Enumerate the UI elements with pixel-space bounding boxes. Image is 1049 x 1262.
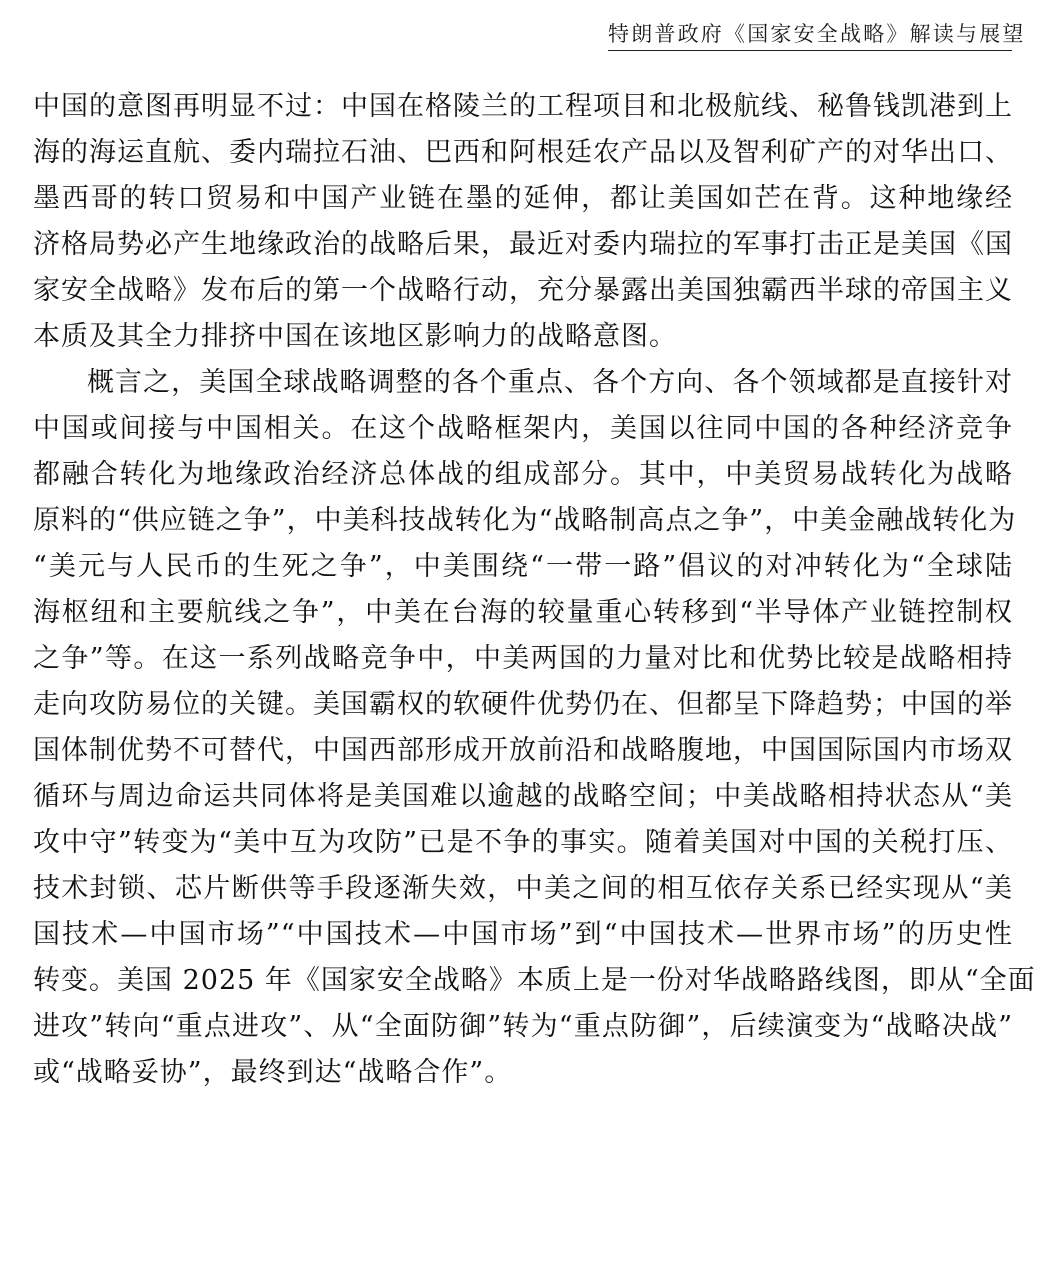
paragraph-1: 中国的意图再明显不过：中国在格陵兰的工程项目和北极航线、秘鲁钱凯港到上 海的海运… [33,84,1013,360]
text-line: 都融合转化为地缘政治经济总体战的组成部分。其中，中美贸易战转化为战略 [33,452,1013,498]
body-text: 中国的意图再明显不过：中国在格陵兰的工程项目和北极航线、秘鲁钱凯港到上 海的海运… [33,84,1013,1096]
text-line: 海的海运直航、委内瑞拉石油、巴西和阿根廷农产品以及智利矿产的对华出口、 [33,130,1013,176]
text-line: 走向攻防易位的关键。美国霸权的软硬件优势仍在、但都呈下降趋势；中国的举 [33,682,1013,728]
text-line: 国体制优势不可替代，中国西部形成开放前沿和战略腹地，中国国际国内市场双 [33,728,1013,774]
text-line: 家安全战略》发布后的第一个战略行动，充分暴露出美国独霸西半球的帝国主义 [33,268,1013,314]
text-line: 技术封锁、芯片断供等手段逐渐失效，中美之间的相互依存关系已经实现从“美 [33,866,1013,912]
text-line: 循环与周边命运共同体将是美国难以逾越的战略空间；中美战略相持状态从“美 [33,774,1013,820]
text-line: 或“战略妥协”，最终到达“战略合作”。 [33,1050,1013,1096]
text-line: 攻中守”转变为“美中互为攻防”已是不争的事实。随着美国对中国的关税打压、 [33,820,1013,866]
text-line: 海枢纽和主要航线之争”，中美在台海的较量重心转移到“半导体产业链控制权 [33,590,1013,636]
text-line: 墨西哥的转口贸易和中国产业链在墨的延伸，都让美国如芒在背。这种地缘经 [33,176,1013,222]
text-line: 中国或间接与中国相关。在这个战略框架内，美国以往同中国的各种经济竞争 [33,406,1013,452]
text-line: 国技术—中国市场”“中国技术—中国市场”到“中国技术—世界市场”的历史性 [33,912,1013,958]
text-line: 中国的意图再明显不过：中国在格陵兰的工程项目和北极航线、秘鲁钱凯港到上 [33,84,1013,130]
text-line: 本质及其全力排挤中国在该地区影响力的战略意图。 [33,314,1013,360]
text-line: 原料的“供应链之争”，中美科技战转化为“战略制高点之争”，中美金融战转化为 [33,498,1013,544]
paragraph-2: 概言之，美国全球战略调整的各个重点、各个方向、各个领域都是直接针对 中国或间接与… [33,360,1013,1096]
text-line: “美元与人民币的生死之争”，中美围绕“一带一路”倡议的对冲转化为“全球陆 [33,544,1013,590]
text-line: 概言之，美国全球战略调整的各个重点、各个方向、各个领域都是直接针对 [33,360,1013,406]
running-head: 特朗普政府《国家安全战略》解读与展望 [608,18,1012,51]
text-line: 济格局势必产生地缘政治的战略后果，最近对委内瑞拉的军事打击正是美国《国 [33,222,1013,268]
text-line: 转变。美国 2025 年《国家安全战略》本质上是一份对华战略路线图，即从“全面 [33,958,1013,1004]
text-line: 进攻”转向“重点进攻”、从“全面防御”转为“重点防御”，后续演变为“战略决战” [33,1004,1013,1050]
text-line: 之争”等。在这一系列战略竞争中，中美两国的力量对比和优势比较是战略相持 [33,636,1013,682]
